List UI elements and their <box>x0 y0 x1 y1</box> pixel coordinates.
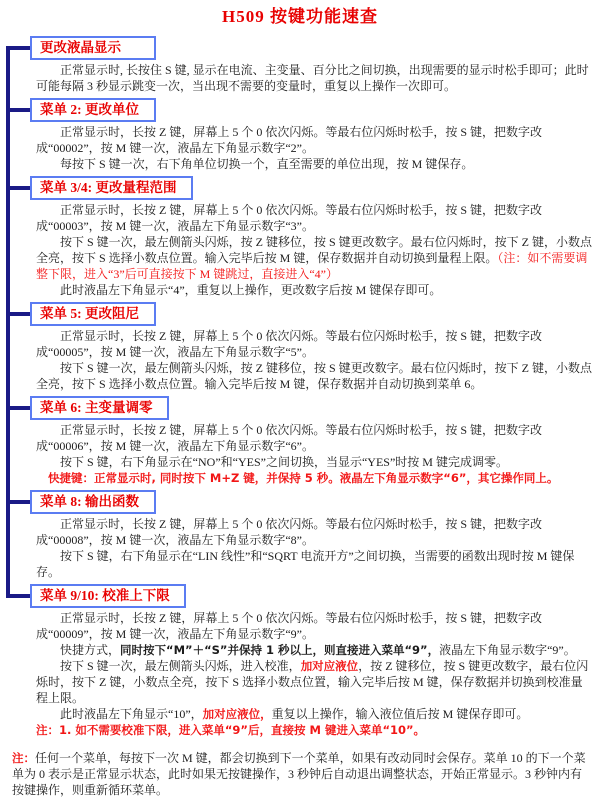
text-segment: 加对应液位 <box>301 659 359 673</box>
paragraph: 正常显示时, 长按住 S 键, 显示在电流、主变量、百分比之间切换，出现需要的显… <box>36 62 592 94</box>
section-body: 正常显示时，长按 Z 键，屏幕上 5 个 0 依次闪烁。等最右位闪烁时松手，按 … <box>36 124 592 172</box>
paragraph: 按下 S 键，右下角显示在“NO”和“YES”之间切换，当显示“YES”时按 M… <box>36 454 592 470</box>
section-box-label: 菜单 2: 更改单位 <box>40 102 139 117</box>
section-box-wrap: 菜单 8: 输出函数 <box>30 490 156 514</box>
paragraph: 按下 S 键一次，最左侧箭头闪烁，按 Z 键移位，按 S 键更改数字。最右位闪烁… <box>36 234 592 282</box>
text-segment: 任何一个菜单，每按下一次 M 键，都会切换到下一个菜单，如果有改动同时会保存。菜… <box>12 751 586 797</box>
text-segment: 正常显示时，长按 Z 键，屏幕上 5 个 0 依次闪烁。等最右位闪烁时松手，按 … <box>36 329 542 359</box>
text-segment: 按下 S 键，右下角显示在“NO”和“YES”之间切换，当显示“YES”时按 M… <box>60 455 508 469</box>
section-box-wrap: 菜单 6: 主变量调零 <box>30 396 169 420</box>
section-box-lcd-display: 更改液晶显示 <box>30 36 156 60</box>
text-segment: 每按下 S 键一次，右下角单位切换一个，直至需要的单位出现，按 M 键保存。 <box>60 157 473 171</box>
section-box-wrap: 菜单 9/10: 校准上下限 <box>30 584 186 608</box>
footer-note-paragraph: 注：任何一个菜单，每按下一次 M 键，都会切换到下一个菜单，如果有改动同时会保存… <box>12 750 590 798</box>
section-box-menu-6: 菜单 6: 主变量调零 <box>30 396 169 420</box>
text-segment: 同时按下“M”＋“S”并保持 1 秒以上，则直接进入菜单“9”， <box>120 643 439 657</box>
section-body: 正常显示时，长按 Z 键，屏幕上 5 个 0 依次闪烁。等最右位闪烁时松手，按 … <box>36 202 592 298</box>
paragraph: 正常显示时，长按 Z 键，屏幕上 5 个 0 依次闪烁。等最右位闪烁时松手，按 … <box>36 202 592 234</box>
section-box-menu-8: 菜单 8: 输出函数 <box>30 490 156 514</box>
paragraph: 注：1. 如不需要校准下限，进入菜单“9”后，直接按 M 键进入菜单“10”。 <box>36 722 592 738</box>
text-segment: 正常显示时，长按 Z 键，屏幕上 5 个 0 依次闪烁。等最右位闪烁时松手，按 … <box>36 125 542 155</box>
section-box-label: 更改液晶显示 <box>40 40 121 55</box>
paragraph: 快捷键：正常显示时, 同时按下 M+Z 键，并保持 5 秒。液晶左下角显示数字“… <box>36 470 592 486</box>
section-menu-9-10: 菜单 9/10: 校准上下限正常显示时，长按 Z 键，屏幕上 5 个 0 依次闪… <box>0 584 600 738</box>
paragraph: 正常显示时，长按 Z 键，屏幕上 5 个 0 依次闪烁。等最右位闪烁时松手，按 … <box>36 610 592 642</box>
paragraph: 此时液晶左下角显示“10”，加对应液位，重复以上操作，输入液位值后按 M 键保存… <box>36 706 592 722</box>
paragraph: 正常显示时，长按 Z 键，屏幕上 5 个 0 依次闪烁。等最右位闪烁时松手，按 … <box>36 516 592 548</box>
paragraph: 每按下 S 键一次，右下角单位切换一个，直至需要的单位出现，按 M 键保存。 <box>36 156 592 172</box>
text-segment: 正常显示时, 长按住 S 键, 显示在电流、主变量、百分比之间切换，出现需要的显… <box>36 63 589 93</box>
page-title: H509 按键功能速查 <box>0 6 600 28</box>
section-box-menu-3-4: 菜单 3/4: 更改量程范围 <box>30 176 193 200</box>
section-menu-5: 菜单 5: 更改阻尼正常显示时，长按 Z 键，屏幕上 5 个 0 依次闪烁。等最… <box>0 302 600 392</box>
section-body: 正常显示时，长按 Z 键，屏幕上 5 个 0 依次闪烁。等最右位闪烁时松手，按 … <box>36 422 592 486</box>
sections-container: 更改液晶显示正常显示时, 长按住 S 键, 显示在电流、主变量、百分比之间切换，… <box>0 36 600 738</box>
paragraph: 此时液晶左下角显示“4”，重复以上操作，更改数字后按 M 键保存即可。 <box>36 282 592 298</box>
text-segment: 加对应液位， <box>203 707 272 721</box>
section-box-wrap: 菜单 5: 更改阻尼 <box>30 302 156 326</box>
text-segment: 正常显示时，长按 Z 键，屏幕上 5 个 0 依次闪烁。等最右位闪烁时松手，按 … <box>36 203 542 233</box>
section-box-wrap: 更改液晶显示 <box>30 36 156 60</box>
section-box-label: 菜单 3/4: 更改量程范围 <box>40 180 177 195</box>
section-box-label: 菜单 5: 更改阻尼 <box>40 306 139 321</box>
text-segment: 重复以上操作，输入液位值后按 M 键保存即可。 <box>272 707 529 721</box>
section-box-wrap: 菜单 2: 更改单位 <box>30 98 156 122</box>
text-segment: 正常显示时，长按 Z 键，屏幕上 5 个 0 依次闪烁。等最右位闪烁时松手，按 … <box>36 423 542 453</box>
text-segment: 注：1. 如不需要校准下限，进入菜单“9”后，直接按 M 键进入菜单“10”。 <box>36 723 425 737</box>
document-page: H509 按键功能速查 更改液晶显示正常显示时, 长按住 S 键, 显示在电流、… <box>0 0 600 810</box>
footer-note: 注：任何一个菜单，每按下一次 M 键，都会切换到下一个菜单，如果有改动同时会保存… <box>12 750 590 798</box>
paragraph: 快捷方式，同时按下“M”＋“S”并保持 1 秒以上，则直接进入菜单“9”，液晶左… <box>36 642 592 658</box>
text-segment: 注： <box>12 751 35 765</box>
section-box-label: 菜单 9/10: 校准上下限 <box>40 588 170 603</box>
text-segment: 按下 S 键一次，最左侧箭头闪烁，按 Z 键移位，按 S 键更改数字。最右位闪烁… <box>36 361 592 391</box>
text-segment: 正常显示时，长按 Z 键，屏幕上 5 个 0 依次闪烁。等最右位闪烁时松手，按 … <box>36 517 542 547</box>
section-body: 正常显示时，长按 Z 键，屏幕上 5 个 0 依次闪烁。等最右位闪烁时松手，按 … <box>36 610 592 738</box>
text-segment: 正常显示时，长按 Z 键，屏幕上 5 个 0 依次闪烁。等最右位闪烁时松手，按 … <box>36 611 542 641</box>
section-menu-2: 菜单 2: 更改单位正常显示时，长按 Z 键，屏幕上 5 个 0 依次闪烁。等最… <box>0 98 600 172</box>
section-body: 正常显示时，长按 Z 键，屏幕上 5 个 0 依次闪烁。等最右位闪烁时松手，按 … <box>36 328 592 392</box>
section-box-wrap: 菜单 3/4: 更改量程范围 <box>30 176 193 200</box>
section-box-menu-5: 菜单 5: 更改阻尼 <box>30 302 156 326</box>
section-body: 正常显示时, 长按住 S 键, 显示在电流、主变量、百分比之间切换，出现需要的显… <box>36 62 592 94</box>
section-menu-6: 菜单 6: 主变量调零正常显示时，长按 Z 键，屏幕上 5 个 0 依次闪烁。等… <box>0 396 600 486</box>
section-connector-line <box>6 46 10 598</box>
section-box-label: 菜单 8: 输出函数 <box>40 494 139 509</box>
paragraph: 按下 S 键一次，最左侧箭头闪烁，按 Z 键移位，按 S 键更改数字。最右位闪烁… <box>36 360 592 392</box>
paragraph: 正常显示时，长按 Z 键，屏幕上 5 个 0 依次闪烁。等最右位闪烁时松手，按 … <box>36 422 592 454</box>
text-segment: 按下 S 键一次，最左侧箭头闪烁，进入校准， <box>60 659 301 673</box>
paragraph: 按下 S 键，右下角显示在“LIN 线性”和“SQRT 电流开方”之间切换，当需… <box>36 548 592 580</box>
section-lcd-display: 更改液晶显示正常显示时, 长按住 S 键, 显示在电流、主变量、百分比之间切换，… <box>0 36 600 94</box>
text-segment: 此时液晶左下角显示“4”，重复以上操作，更改数字后按 M 键保存即可。 <box>60 283 441 297</box>
text-segment: 此时液晶左下角显示“10”， <box>60 707 203 721</box>
section-box-menu-2: 菜单 2: 更改单位 <box>30 98 156 122</box>
text-segment: 按下 S 键，右下角显示在“LIN 线性”和“SQRT 电流开方”之间切换，当需… <box>36 549 574 579</box>
section-box-label: 菜单 6: 主变量调零 <box>40 400 153 415</box>
section-menu-8: 菜单 8: 输出函数正常显示时，长按 Z 键，屏幕上 5 个 0 依次闪烁。等最… <box>0 490 600 580</box>
paragraph: 正常显示时，长按 Z 键，屏幕上 5 个 0 依次闪烁。等最右位闪烁时松手，按 … <box>36 328 592 360</box>
paragraph: 按下 S 键一次，最左侧箭头闪烁，进入校准，加对应液位，按 Z 键移位，按 S … <box>36 658 592 706</box>
text-segment: 液晶左下角显示数字“9”。 <box>439 643 576 657</box>
section-box-menu-9-10: 菜单 9/10: 校准上下限 <box>30 584 186 608</box>
section-body: 正常显示时，长按 Z 键，屏幕上 5 个 0 依次闪烁。等最右位闪烁时松手，按 … <box>36 516 592 580</box>
text-segment: 快捷方式， <box>60 643 120 657</box>
section-menu-3-4: 菜单 3/4: 更改量程范围正常显示时，长按 Z 键，屏幕上 5 个 0 依次闪… <box>0 176 600 298</box>
paragraph: 正常显示时，长按 Z 键，屏幕上 5 个 0 依次闪烁。等最右位闪烁时松手，按 … <box>36 124 592 156</box>
text-segment: 快捷键：正常显示时, 同时按下 M+Z 键，并保持 5 秒。液晶左下角显示数字“… <box>48 471 558 485</box>
